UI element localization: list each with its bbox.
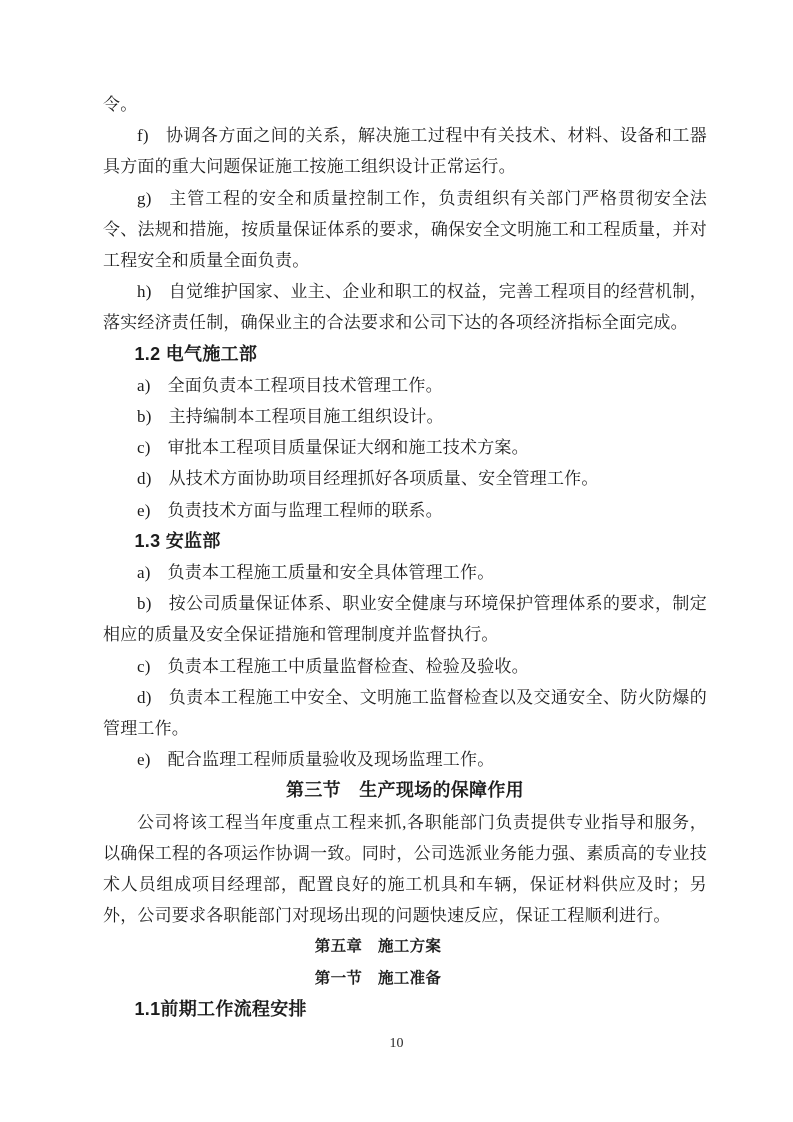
heading-safety-dept: 1.3 安监部 (103, 526, 707, 557)
list-item: b)主持编制本工程项目施工组织设计。 (103, 401, 707, 432)
list-marker: c) (137, 657, 151, 676)
list-text: 负责本工程施工质量和安全具体管理工作。 (168, 563, 495, 582)
list-marker: e) (137, 750, 151, 769)
list-text: 按公司质量保证体系、职业安全健康与环境保护管理体系的要求，制定相应的质量及安全保… (103, 594, 707, 644)
list-item: c)负责本工程施工中质量监督检查、检验及验收。 (103, 651, 707, 682)
heading-prep-workflow: 1.1前期工作流程安排 (103, 994, 707, 1025)
list-item: h)自觉维护国家、业主、企业和职工的权益，完善工程项目的经营机制，落实经济责任制… (103, 276, 707, 338)
list-item: b)按公司质量保证体系、职业安全健康与环境保护管理体系的要求，制定相应的质量及安… (103, 588, 707, 650)
list-text: 自觉维护国家、业主、企业和职工的权益，完善工程项目的经营机制，落实经济责任制，确… (103, 282, 707, 332)
list-item: d)负责本工程施工中安全、文明施工监督检查以及交通安全、防火防爆的管理工作。 (103, 682, 707, 744)
heading-section-three: 第三节 生产现场的保障作用 (103, 775, 707, 806)
heading-chapter-five: 第五章 施工方案 (76, 931, 680, 962)
heading-electrical-dept: 1.2 电气施工部 (103, 339, 707, 370)
list-text: 负责本工程施工中安全、文明施工监督检查以及交通安全、防火防爆的管理工作。 (103, 688, 707, 738)
list-marker: c) (137, 438, 151, 457)
document-page: 令。 f)协调各方面之间的关系，解决施工过程中有关技术、材料、设备和工器具方面的… (0, 0, 793, 1122)
paragraph-site-guarantee: 公司将该工程当年度重点工程来抓,各职能部门负责提供专业指导和服务，以确保工程的各… (103, 807, 707, 932)
list-text: 协调各方面之间的关系，解决施工过程中有关技术、材料、设备和工器具方面的重大问题保… (103, 126, 707, 176)
list-text: 全面负责本工程项目技术管理工作。 (168, 376, 443, 395)
page-body: 令。 f)协调各方面之间的关系，解决施工过程中有关技术、材料、设备和工器具方面的… (0, 0, 793, 1025)
list-marker: h) (137, 282, 152, 301)
list-marker: b) (137, 594, 152, 613)
list-marker: g) (137, 189, 152, 208)
list-item: a)全面负责本工程项目技术管理工作。 (103, 370, 707, 401)
list-marker: e) (137, 501, 151, 520)
list-text: 从技术方面协助项目经理抓好各项质量、安全管理工作。 (169, 469, 599, 488)
list-item: c)审批本工程项目质量保证大纲和施工技术方案。 (103, 432, 707, 463)
list-marker: a) (137, 376, 151, 395)
list-marker: d) (137, 469, 152, 488)
paragraph-continuation: 令。 (103, 89, 707, 120)
list-item: a)负责本工程施工质量和安全具体管理工作。 (103, 557, 707, 588)
list-text: 配合监理工程师质量验收及现场监理工作。 (168, 750, 495, 769)
list-text: 审批本工程项目质量保证大纲和施工技术方案。 (168, 438, 529, 457)
list-item: f)协调各方面之间的关系，解决施工过程中有关技术、材料、设备和工器具方面的重大问… (103, 120, 707, 182)
list-marker: f) (137, 126, 149, 145)
list-text: 负责本工程施工中质量监督检查、检验及验收。 (168, 657, 529, 676)
list-item: e)配合监理工程师质量验收及现场监理工作。 (103, 744, 707, 775)
list-text: 主管工程的安全和质量控制工作，负责组织有关部门严格贯彻安全法令、法规和措施，按质… (103, 189, 707, 270)
page-number: 10 (0, 1034, 793, 1054)
list-marker: b) (137, 407, 152, 426)
list-item: e)负责技术方面与监理工程师的联系。 (103, 495, 707, 526)
list-item: d)从技术方面协助项目经理抓好各项质量、安全管理工作。 (103, 463, 707, 494)
list-text: 主持编制本工程项目施工组织设计。 (169, 407, 444, 426)
list-marker: d) (137, 688, 152, 707)
list-text: 负责技术方面与监理工程师的联系。 (168, 501, 443, 520)
list-marker: a) (137, 563, 151, 582)
list-item: g)主管工程的安全和质量控制工作，负责组织有关部门严格贯彻安全法令、法规和措施，… (103, 183, 707, 277)
heading-section-one: 第一节 施工准备 (76, 963, 680, 994)
